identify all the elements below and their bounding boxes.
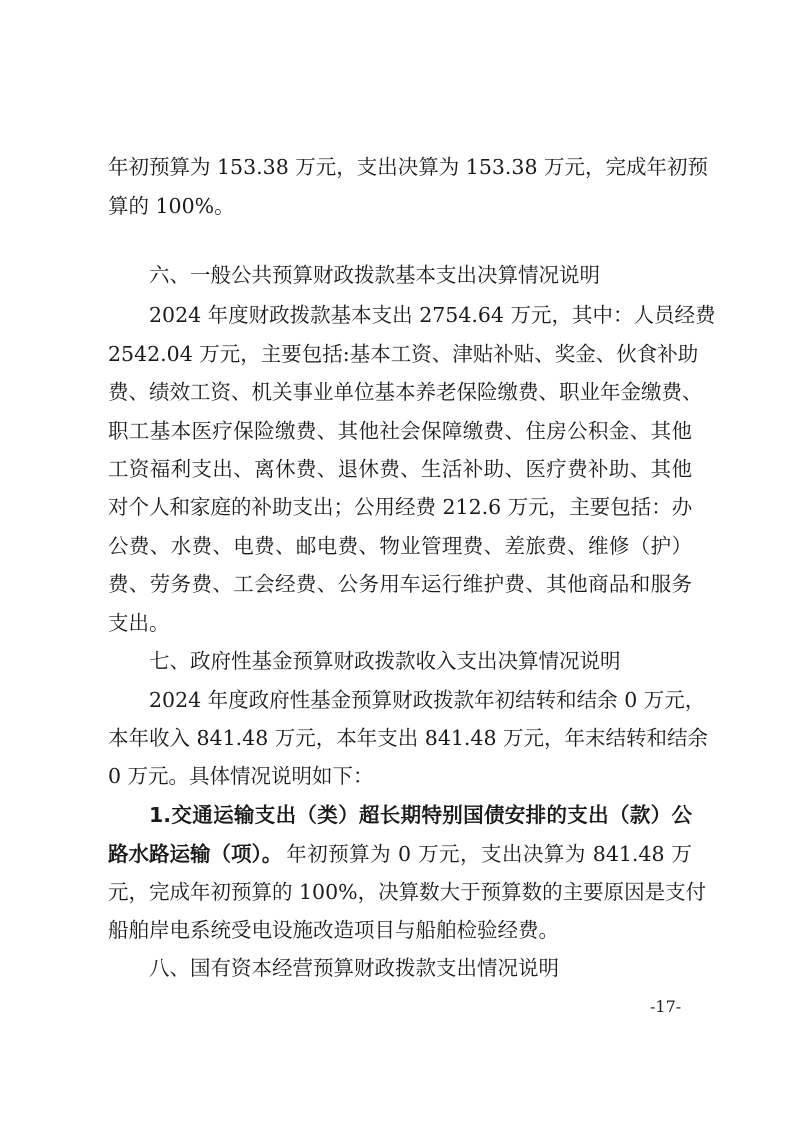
page-number: -17- (650, 997, 681, 1016)
text-line: 2024 年度政府性基金预算财政拨款年初结转和结余 0 万元， (108, 688, 692, 712)
text-line: 年初预算为 153.38 万元，支出决算为 153.38 万元，完成年初预 (108, 155, 692, 179)
text-line: 费、绩效工资、机关事业单位基本养老保险缴费、职业年金缴费、 (108, 380, 692, 404)
text-line: 公费、水费、电费、邮电费、物业管理费、差旅费、维修（护） (108, 534, 692, 558)
section-heading-6: 六、一般公共预算财政拨款基本支出决算情况说明 (108, 263, 692, 287)
text-line: 支出。 (108, 611, 692, 635)
item-line-2: 路水路运输（项）。 年初预算为 0 万元，支出决算为 841.48 万 (108, 842, 692, 866)
text-line: 0 万元。具体情况说明如下： (108, 764, 692, 788)
item-title-line: 1.交通运输支出（类）超长期特别国债安排的支出（款）公 (108, 803, 692, 827)
text-line: 工资福利支出、离休费、退休费、生活补助、医疗费补助、其他 (108, 457, 692, 481)
text-line: 职工基本医疗保险缴费、其他社会保障缴费、住房公积金、其他 (108, 419, 692, 443)
item-title-suffix: 路水路运输（项）。 (108, 842, 282, 866)
text-line: 算的 100%。 (108, 194, 692, 218)
text-line: 对个人和家庭的补助支出；公用经费 212.6 万元，主要包括：办 (108, 495, 692, 519)
text-line: 元，完成年初预算的 100%，决算数大于预算数的主要原因是支付 (108, 880, 692, 904)
text-line: 本年收入 841.48 万元，本年支出 841.48 万元，年末结转和结余 (108, 726, 692, 750)
text-line: 费、劳务费、工会经费、公务用车运行维护费、其他商品和服务 (108, 572, 692, 596)
section-heading-7: 七、政府性基金预算财政拨款收入支出决算情况说明 (108, 649, 692, 673)
text-line: 2024 年度财政拨款基本支出 2754.64 万元，其中：人员经费 (108, 303, 692, 327)
text-line: 2542.04 万元，主要包括:基本工资、津贴补贴、奖金、伙食补助 (108, 342, 692, 366)
text-line: 船舶岸电系统受电设施改造项目与船舶检验经费。 (108, 918, 692, 942)
item-text: 年初预算为 0 万元，支出决算为 841.48 万 (282, 842, 692, 866)
section-heading-8: 八、国有资本经营预算财政拨款支出情况说明 (108, 956, 692, 980)
